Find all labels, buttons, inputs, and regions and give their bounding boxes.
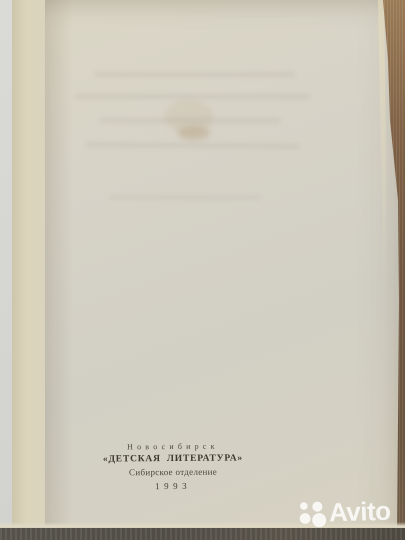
imprint-publisher: «ДЕТСКАЯ ЛИТЕРАТУРА» bbox=[60, 453, 286, 465]
imprint-branch: Сибирское отделение bbox=[60, 466, 286, 478]
avito-logo-icon bbox=[295, 496, 329, 529]
showthrough-text bbox=[75, 94, 310, 99]
background-strip bbox=[0, 0, 12, 540]
fore-edge-highlight bbox=[372, 0, 386, 300]
imprint-year: 1993 bbox=[60, 480, 286, 492]
imprint-city: Новосибирск bbox=[60, 441, 286, 452]
paper-stain bbox=[178, 126, 210, 140]
book-page-photo: Новосибирск «ДЕТСКАЯ ЛИТЕРАТУРА» Сибирск… bbox=[0, 0, 405, 540]
table-surface bbox=[0, 528, 405, 540]
page-edge-left bbox=[12, 0, 45, 540]
showthrough-text bbox=[95, 72, 295, 77]
imprint-block: Новосибирск «ДЕТСКАЯ ЛИТЕРАТУРА» Сибирск… bbox=[60, 441, 286, 492]
avito-wordmark: Avito bbox=[329, 498, 391, 526]
showthrough-text bbox=[110, 195, 260, 200]
showthrough-text bbox=[85, 142, 300, 149]
avito-watermark: Avito bbox=[295, 495, 391, 529]
